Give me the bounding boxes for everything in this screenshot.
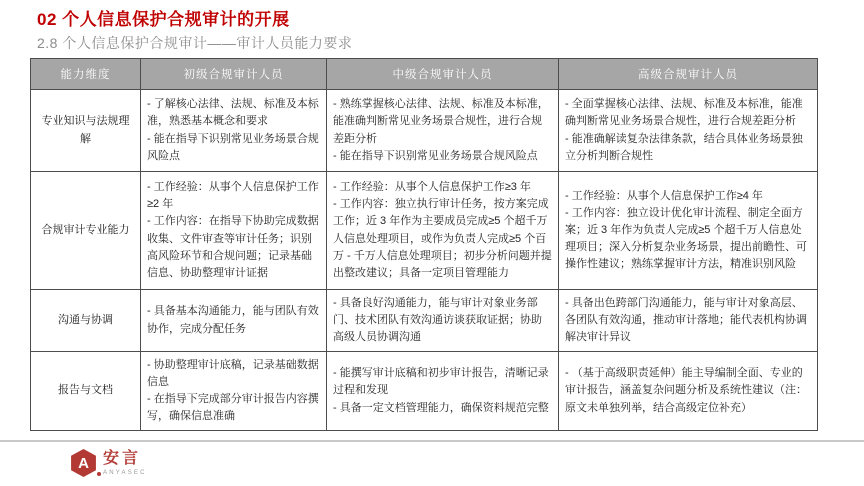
logo-letter: A: [70, 449, 97, 477]
logo-dot-icon: [97, 472, 101, 476]
col-header-senior: 高级合规审计人员: [559, 59, 818, 90]
footer-divider: [0, 440, 864, 442]
table-row: 沟通与协调 - 具备基本沟通能力，能与团队有效协作，完成分配任务 - 具备良好沟…: [31, 290, 818, 352]
logo-hexagon-icon: A: [70, 449, 97, 477]
table-row: 专业知识与法规理解 - 了解核心法律、法规、标准及本标准，熟悉基本概念和要求 -…: [31, 90, 818, 172]
brand-logo: A 安言 ANYASEC: [70, 449, 147, 477]
table-row: 合规审计专业能力 - 工作经验：从事个人信息保护工作≥2 年 - 工作内容：在指…: [31, 172, 818, 290]
brand-name-en: ANYASEC: [103, 470, 147, 476]
cell-intermediate: - 具备良好沟通能力，能与审计对象业务部门、技术团队有效沟通访谈获取证据；协助高…: [327, 290, 559, 352]
cell-junior: - 协助整理审计底稿，记录基础数据信息 - 在指导下完成部分审计报告内容撰写，确…: [141, 352, 327, 431]
cell-senior: - 全面掌握核心法律、法规、标准及本标准，能准确判断常见业务场景合规性，进行合规…: [559, 90, 818, 172]
logo-text: 安言 ANYASEC: [103, 451, 147, 476]
cell-intermediate: - 熟练掌握核心法律、法规、标准及本标准，能准确判断常见业务场景合规性，进行合规…: [327, 90, 559, 172]
cell-senior: - （基于高级职责延伸）能主导编制全面、专业的审计报告，涵盖复杂问题分析及系统性…: [559, 352, 818, 431]
col-header-dimension: 能力维度: [31, 59, 141, 90]
table-header-row: 能力维度 初级合规审计人员 中级合规审计人员 高级合规审计人员: [31, 59, 818, 90]
cell-junior: - 工作经验：从事个人信息保护工作≥2 年 - 工作内容：在指导下协助完成数据收…: [141, 172, 327, 290]
cell-intermediate: - 能撰写审计底稿和初步审计报告，清晰记录过程和发现 - 具备一定文档管理能力，…: [327, 352, 559, 431]
col-header-intermediate: 中级合规审计人员: [327, 59, 559, 90]
row-dimension: 报告与文档: [31, 352, 141, 431]
capability-table: 能力维度 初级合规审计人员 中级合规审计人员 高级合规审计人员 专业知识与法规理…: [30, 58, 818, 431]
row-dimension: 专业知识与法规理解: [31, 90, 141, 172]
title-block: 02 个人信息保护合规审计的开展 2.8 个人信息保护合规审计——审计人员能力要…: [37, 9, 352, 53]
cell-senior: - 工作经验：从事个人信息保护工作≥4 年 - 工作内容：独立设计优化审计流程、…: [559, 172, 818, 290]
cell-junior: - 具备基本沟通能力，能与团队有效协作，完成分配任务: [141, 290, 327, 352]
cell-senior: - 具备出色跨部门沟通能力，能与审计对象高层、各团队有效沟通，推动审计落地；能代…: [559, 290, 818, 352]
cell-junior: - 了解核心法律、法规、标准及本标准，熟悉基本概念和要求 - 能在指导下识别常见…: [141, 90, 327, 172]
table-row: 报告与文档 - 协助整理审计底稿，记录基础数据信息 - 在指导下完成部分审计报告…: [31, 352, 818, 431]
slide: 02 个人信息保护合规审计的开展 2.8 个人信息保护合规审计——审计人员能力要…: [0, 0, 864, 486]
row-dimension: 沟通与协调: [31, 290, 141, 352]
page-subtitle: 2.8 个人信息保护合规审计——审计人员能力要求: [37, 33, 352, 53]
cell-intermediate: - 工作经验：从事个人信息保护工作≥3 年 - 工作内容：独立执行审计任务，按方…: [327, 172, 559, 290]
brand-name-cn: 安言: [103, 451, 147, 467]
page-title: 02 个人信息保护合规审计的开展: [37, 9, 352, 30]
row-dimension: 合规审计专业能力: [31, 172, 141, 290]
col-header-junior: 初级合规审计人员: [141, 59, 327, 90]
